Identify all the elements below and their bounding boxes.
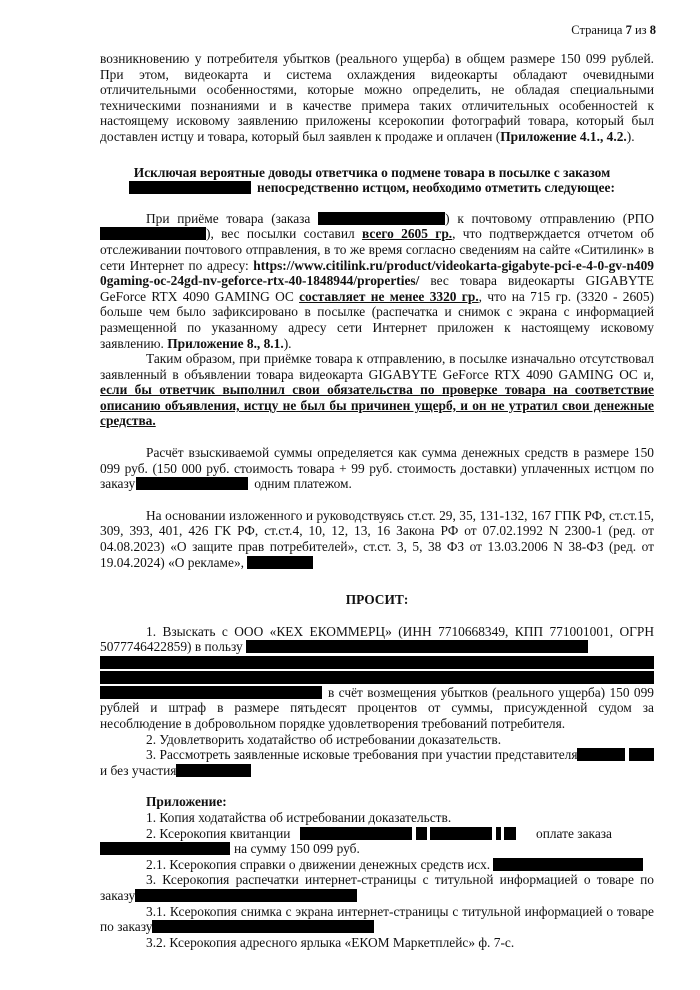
- redaction: [129, 181, 251, 194]
- p5-text: На основании изложенного и руководствуяс…: [100, 508, 654, 570]
- redaction: [318, 212, 445, 225]
- appendix-item-2: 2. Ксерокопия квитанции оплате заказа: [100, 826, 654, 842]
- paragraph-weight: При приёме товара (заказа ) к почтовому …: [100, 211, 654, 351]
- prosit-heading: ПРОСИТ:: [100, 592, 654, 608]
- redaction: [577, 748, 625, 761]
- appendix-item-3-2: 3.2. Ксерокопия адресного ярлыка «ЕКОМ М…: [100, 935, 654, 951]
- page-label: Страница: [571, 23, 622, 37]
- page-current: 7: [626, 23, 632, 37]
- heading-line2: непосредственно истцом, необходимо отмет…: [120, 180, 624, 196]
- paragraph-legal-basis: На основании изложенного и руководствуяс…: [100, 508, 654, 570]
- p2-end: ).: [284, 336, 292, 351]
- section-heading: Исключая вероятные доводы ответчика о по…: [100, 165, 654, 196]
- heading-line1: Исключая вероятные доводы ответчика о по…: [120, 165, 624, 181]
- redaction: [152, 920, 374, 933]
- redaction: [176, 764, 251, 777]
- redaction: [493, 858, 643, 871]
- redaction: [430, 827, 492, 840]
- redaction: [135, 889, 357, 902]
- paragraph-damages: возникновению у потребителя убытков (реа…: [100, 51, 654, 145]
- claim-3: 3. Рассмотреть заявленные исковые требов…: [100, 747, 654, 778]
- redaction: [247, 556, 313, 569]
- redaction: [100, 671, 654, 684]
- p2-a: При приёме товара (заказа: [146, 211, 310, 226]
- appendix-item-2-1-text: 2.1. Ксерокопия справки о движении денеж…: [146, 857, 490, 872]
- appendix-item-3: 3. Ксерокопия распечатки интернет-страни…: [100, 872, 654, 903]
- redaction: [100, 656, 654, 669]
- page-of: из: [635, 23, 647, 37]
- appendix-ref: Приложение 4.1., 4.2.: [500, 129, 627, 144]
- redaction: [504, 827, 516, 840]
- appendix-ref-8: Приложение 8., 8.1.: [167, 336, 283, 351]
- weight-actual: всего 2605 гр.: [362, 226, 452, 241]
- paragraph-calculation: Расчёт взыскиваемой суммы определяется к…: [100, 445, 654, 492]
- redaction: [136, 477, 248, 490]
- weight-declared: составляет не менее 3320 гр.: [299, 289, 479, 304]
- redaction: [300, 827, 412, 840]
- p1-end: ).: [627, 129, 635, 144]
- paragraph-conclusion: Таким образом, при приёмке товара к отпр…: [100, 351, 654, 429]
- appendix-item-2-b: оплате заказа: [536, 826, 612, 841]
- page-number: Страница 7 из 8: [571, 23, 656, 39]
- document-body: возникновению у потребителя убытков (реа…: [100, 51, 654, 950]
- p3-emphasis: если бы ответчик выполнил свои обязатель…: [100, 382, 654, 428]
- p3-text: Таким образом, при приёмке товара к отпр…: [100, 351, 654, 382]
- claim-2: 2. Удовлетворить ходатайство об истребов…: [100, 732, 654, 748]
- claim-1-cont: в счёт возмещения убытков (реального уще…: [100, 685, 654, 732]
- claim-3-end: и без участия: [100, 763, 176, 778]
- p2-b: ) к почтовому отправлению (РПО: [445, 211, 654, 226]
- claim-1: 1. Взыскать с ООО «КЕХ ЕКОММЕРЦ» (ИНН 77…: [100, 624, 654, 655]
- redaction: [629, 748, 654, 761]
- p2-c: ), вес посылки составил: [206, 226, 355, 241]
- redaction: [100, 842, 230, 855]
- appendix-title: Приложение:: [100, 794, 654, 810]
- claim-3-text: 3. Рассмотреть заявленные исковые требов…: [146, 747, 577, 762]
- redaction: [496, 827, 501, 840]
- appendix-item-2-text: 2. Ксерокопия квитанции: [146, 826, 290, 841]
- appendix-item-3-1: 3.1. Ксерокопия снимка с экрана интернет…: [100, 904, 654, 935]
- p4-end: одним платежом.: [254, 476, 352, 491]
- redaction: [100, 686, 322, 699]
- page-total: 8: [650, 23, 656, 37]
- appendix-item-1: 1. Копия ходатайства об истребовании док…: [100, 810, 654, 826]
- redaction: [100, 227, 206, 240]
- appendix-item-2-cont: на сумму 150 099 руб.: [100, 841, 654, 857]
- appendix-item-2-c: на сумму 150 099 руб.: [234, 841, 360, 856]
- appendix-title-text: Приложение:: [146, 794, 227, 809]
- appendix-item-2-1: 2.1. Ксерокопия справки о движении денеж…: [100, 857, 654, 873]
- redaction: [246, 640, 588, 653]
- heading-line2-text: непосредственно истцом, необходимо отмет…: [257, 180, 615, 195]
- redaction: [416, 827, 427, 840]
